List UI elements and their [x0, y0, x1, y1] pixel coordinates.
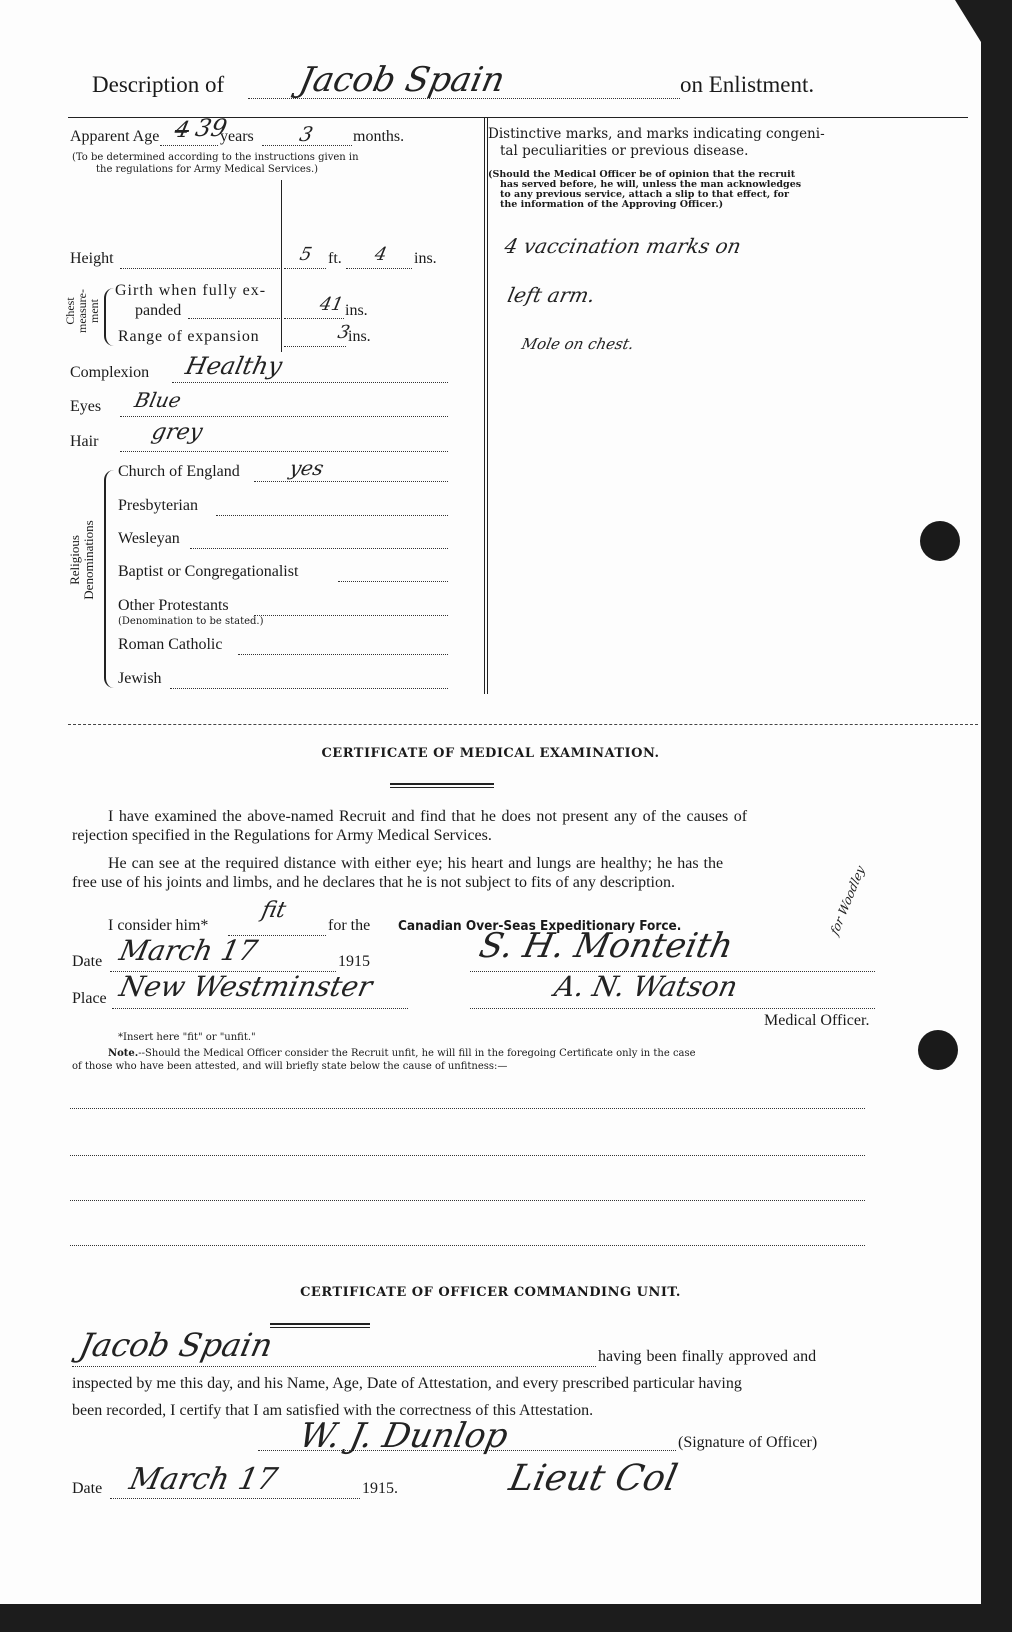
- religion-jewish-line: [170, 688, 448, 689]
- complexion-value: Healthy: [183, 352, 285, 380]
- medical-title-rule-2: [390, 787, 494, 788]
- age-note-line2: the regulations for Army Medical Service…: [96, 164, 318, 175]
- officer-signature-label: (Signature of Officer): [678, 1434, 817, 1452]
- religion-presbyterian-line: [216, 515, 448, 516]
- distinctive-entry-2: left arm.: [505, 283, 597, 307]
- hair-value: grey: [149, 420, 204, 445]
- commanding-line2: inspected by me this day, and his Name, …: [72, 1375, 742, 1393]
- range-label: Range of expansion: [118, 328, 259, 346]
- eyes-value: Blue: [132, 388, 183, 412]
- note-text-line1: --Should the Medical Officer consider th…: [138, 1048, 695, 1059]
- complexion-label: Complexion: [70, 364, 149, 382]
- header-prefix: Description of: [92, 72, 224, 98]
- religion-church-of-england-line: [254, 481, 448, 482]
- religion-baptist-line: [338, 581, 448, 582]
- medical-place-line: [112, 1008, 408, 1009]
- ft-label: ft.: [328, 250, 342, 268]
- range-value-line: [284, 346, 346, 347]
- religion-wesleyan-label: Wesleyan: [118, 530, 180, 548]
- eyes-line: [120, 416, 448, 417]
- medical-date-label: Date: [72, 953, 102, 971]
- punch-hole-upper: [920, 521, 960, 561]
- unfitness-line-3: [70, 1200, 865, 1201]
- medical-para1-line2: rejection specified in the Regulations f…: [72, 827, 492, 845]
- religion-church-of-england-label: Church of England: [118, 463, 240, 481]
- distinctive-title-line2: tal peculiarities or previous disease.: [500, 143, 748, 159]
- punch-hole-lower: [918, 1030, 958, 1070]
- girth-label-dots: [188, 318, 280, 319]
- religion-group-label: Religious Denominations: [68, 500, 96, 620]
- religion-wesleyan-line: [190, 548, 448, 549]
- religion-label-line2: Denominations: [82, 500, 96, 620]
- religion-presbyterian-label: Presbyterian: [118, 497, 198, 515]
- range-ins-label: ins.: [348, 328, 371, 346]
- unfitness-line-4: [70, 1245, 865, 1246]
- commanding-date-label: Date: [72, 1480, 102, 1498]
- religion-label-line1: Religious: [68, 500, 82, 620]
- fit-value: fit: [259, 898, 288, 923]
- girth-value: 41: [318, 294, 345, 315]
- medical-place-value: New Westminster: [116, 970, 375, 1003]
- medical-certificate-title: CERTIFICATE OF MEDICAL EXAMINATION.: [0, 746, 981, 761]
- distinctive-entry-3: Mole on chest.: [520, 335, 636, 353]
- years-label: years: [220, 128, 254, 146]
- religion-other-protestants-label: Other Protestants: [118, 597, 229, 615]
- medical-date-value: March 17: [116, 934, 260, 967]
- medical-para2-line1: He can see at the required distance with…: [108, 855, 723, 873]
- religion-other-note: (Denomination to be stated.): [118, 616, 263, 627]
- medical-title-rule: [390, 783, 494, 785]
- religion-roman-catholic-line: [238, 654, 448, 655]
- religion-church-of-england-value: yes: [287, 456, 326, 480]
- commanding-recruit-name: Jacob Spain: [76, 1326, 276, 1364]
- chest-label-line3: ment: [88, 276, 100, 346]
- distinctive-note: (Should the Medical Officer be of opinio…: [488, 170, 801, 210]
- medical-date-year: 1915: [338, 953, 370, 971]
- girth-ins-label: ins.: [345, 302, 368, 320]
- medical-signature-line-2: [470, 1008, 875, 1009]
- height-ins-value: 4: [373, 244, 389, 265]
- header-suffix: on Enlistment.: [680, 72, 814, 98]
- fit-footnote: *Insert here "fit" or "unfit.": [118, 1032, 256, 1043]
- commanding-name-line: [72, 1366, 596, 1367]
- medical-signature-2: A. N. Watson: [551, 970, 740, 1003]
- column-divider: [484, 118, 485, 694]
- chest-label: Chest measure- ment: [64, 276, 100, 346]
- height-label-dots: [120, 268, 280, 269]
- chest-brace: [104, 288, 114, 346]
- consider-prefix: I consider him*: [108, 917, 208, 935]
- religion-roman-catholic-label: Roman Catholic: [118, 636, 222, 654]
- officer-signature: W. J. Dunlop: [296, 1416, 512, 1456]
- medical-officer-label: Medical Officer.: [764, 1012, 869, 1030]
- attestation-page: Description of Jacob Spain on Enlistment…: [0, 0, 981, 1604]
- height-ft-line: [284, 268, 326, 269]
- medical-place-label: Place: [72, 990, 107, 1008]
- ins-label: ins.: [414, 250, 437, 268]
- religion-brace: [104, 470, 114, 688]
- medical-signature-annotation: for Woodley: [828, 863, 867, 938]
- medical-signature-1: S. H. Monteith: [476, 926, 737, 966]
- hair-line: [120, 451, 448, 452]
- commanding-title-rule: [270, 1323, 370, 1325]
- girth-label-line1: Girth when fully ex-: [115, 282, 266, 300]
- age-label: Apparent Age: [70, 128, 159, 146]
- height-label: Height: [70, 250, 114, 268]
- hair-label: Hair: [70, 433, 98, 451]
- girth-value-line: [284, 318, 344, 319]
- commanding-title-rule-2: [270, 1327, 370, 1328]
- medical-note-line2: of those who have been attested, and wil…: [72, 1061, 507, 1072]
- commanding-date-value: March 17: [126, 1462, 280, 1497]
- distinctive-title-line1: Distinctive marks, and marks indicating …: [488, 126, 825, 142]
- age-note-line1: (To be determined according to the instr…: [72, 152, 359, 163]
- medical-note-line1: Note.--Should the Medical Officer consid…: [108, 1048, 696, 1059]
- section-divider: [68, 724, 978, 725]
- commanding-date-year: 1915.: [362, 1480, 398, 1498]
- medical-para1-line1: I have examined the above-named Recruit …: [108, 808, 747, 826]
- height-ins-line: [346, 268, 412, 269]
- girth-label-line2: panded: [135, 302, 181, 320]
- eyes-label: Eyes: [70, 398, 101, 416]
- complexion-line: [172, 382, 448, 383]
- note-bold-label: Note.: [108, 1048, 138, 1059]
- medical-para2-line2: free use of his joints and limbs, and he…: [72, 874, 675, 892]
- age-years-line: [160, 145, 218, 146]
- religion-other-protestants-line: [254, 615, 448, 616]
- distinctive-entry-1: 4 vaccination marks on: [502, 234, 743, 258]
- distinctive-note-line4: the information of the Approving Officer…: [488, 200, 801, 210]
- commanding-line1-suffix: having been finally approved and: [598, 1348, 816, 1366]
- commanding-date-line: [110, 1498, 360, 1499]
- age-months-value: 3: [297, 122, 315, 146]
- unfitness-line-1: [70, 1108, 865, 1109]
- months-label: months.: [353, 128, 404, 146]
- unfitness-line-2: [70, 1155, 865, 1156]
- officer-rank: Lieut Col: [506, 1458, 681, 1499]
- age-years-struck: 4: [172, 118, 191, 143]
- recruit-name: Jacob Spain: [296, 60, 509, 100]
- consider-suffix: for the: [328, 917, 370, 935]
- height-ft-value: 5: [298, 244, 314, 265]
- measure-divider: [281, 180, 282, 352]
- religion-baptist-label: Baptist or Congregationalist: [118, 563, 298, 581]
- religion-jewish-label: Jewish: [118, 670, 162, 688]
- commanding-certificate-title: CERTIFICATE OF OFFICER COMMANDING UNIT.: [0, 1285, 981, 1300]
